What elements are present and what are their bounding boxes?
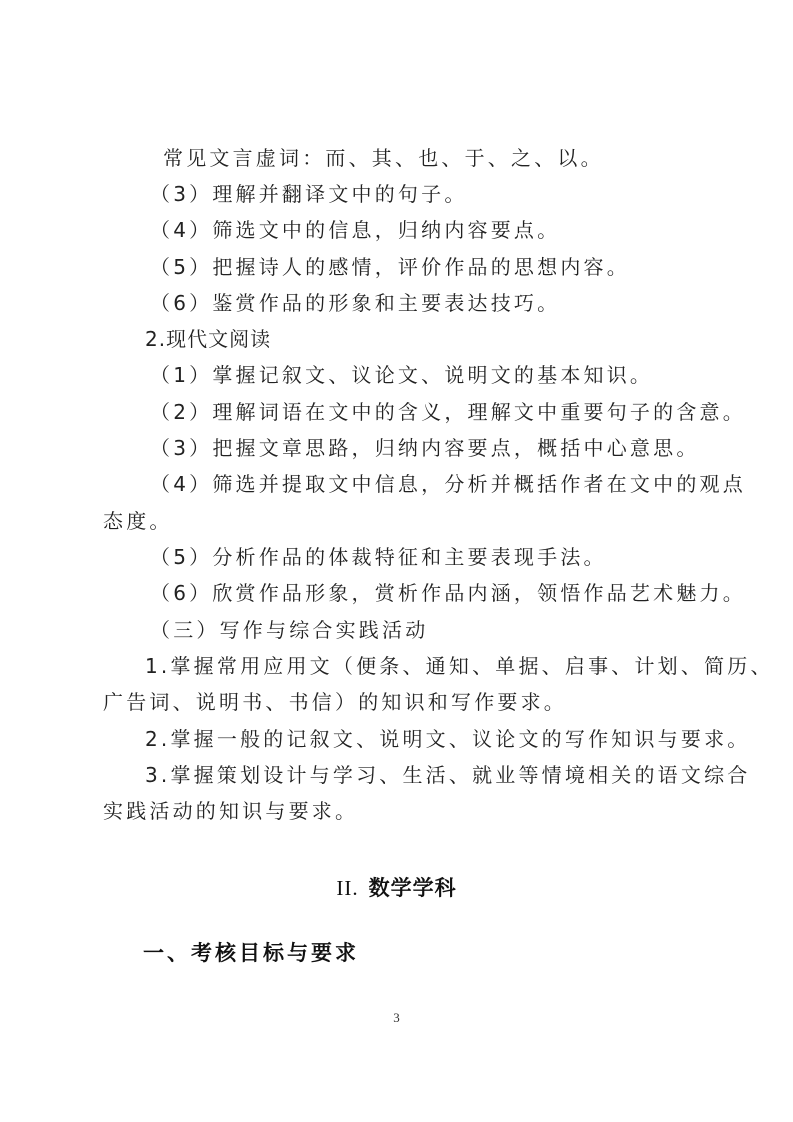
paragraph-line: （4）筛选文中的信息，归纳内容要点。 [150, 218, 560, 242]
paragraph-line: （5）分析作品的体裁特征和主要表现手法。 [150, 545, 607, 569]
paragraph-line: 态度。 [103, 509, 173, 533]
paragraph-line: 3.掌握策划设计与学习、生活、就业等情境相关的语文综合 [145, 763, 750, 787]
paragraph-line: （4）筛选并提取文中信息，分析并概括作者在文中的观点 [150, 472, 746, 496]
paragraph-line: （6）欣赏作品形象，赏析作品内涵，领悟作品艺术魅力。 [150, 581, 746, 605]
subsection-label: （三）写作与综合实践活动 [150, 618, 428, 642]
paragraph-line: （1）掌握记叙文、议论文、说明文的基本知识。 [150, 363, 653, 387]
paragraph-line: 实践活动的知识与要求。 [103, 799, 358, 823]
document-page: 常见文言虚词：而、其、也、于、之、以。 （3）理解并翻译文中的句子。 （4）筛选… [0, 0, 793, 1122]
paragraph-line: （2）理解词语在文中的含义，理解文中重要句子的含意。 [150, 400, 746, 424]
paragraph-line: 2.掌握一般的记叙文、说明文、议论文的写作知识与要求。 [145, 727, 750, 751]
paragraph-line: 1.掌握常用应用文（便条、通知、单据、启事、计划、简历、 [145, 654, 774, 678]
paragraph-line: （5）把握诗人的感情，评价作品的思想内容。 [150, 255, 630, 279]
paragraph-line: 常见文言虚词：而、其、也、于、之、以。 [163, 146, 604, 170]
paragraph-line: （3）理解并翻译文中的句子。 [150, 182, 468, 206]
section-heading: II.数学学科 [0, 872, 793, 902]
paragraph-line: （3）把握文章思路，归纳内容要点，概括中心意思。 [150, 436, 700, 460]
section-number: II. [336, 876, 358, 900]
page-number: 3 [0, 1010, 793, 1026]
subsection-heading: 一、考核目标与要求 [143, 937, 359, 967]
paragraph-line: 广告词、说明书、书信）的知识和写作要求。 [103, 690, 567, 714]
section-title: 数学学科 [369, 876, 457, 900]
paragraph-line: （6）鉴赏作品的形象和主要表达技巧。 [150, 291, 560, 315]
subsection-label: 2.现代文阅读 [145, 327, 271, 351]
